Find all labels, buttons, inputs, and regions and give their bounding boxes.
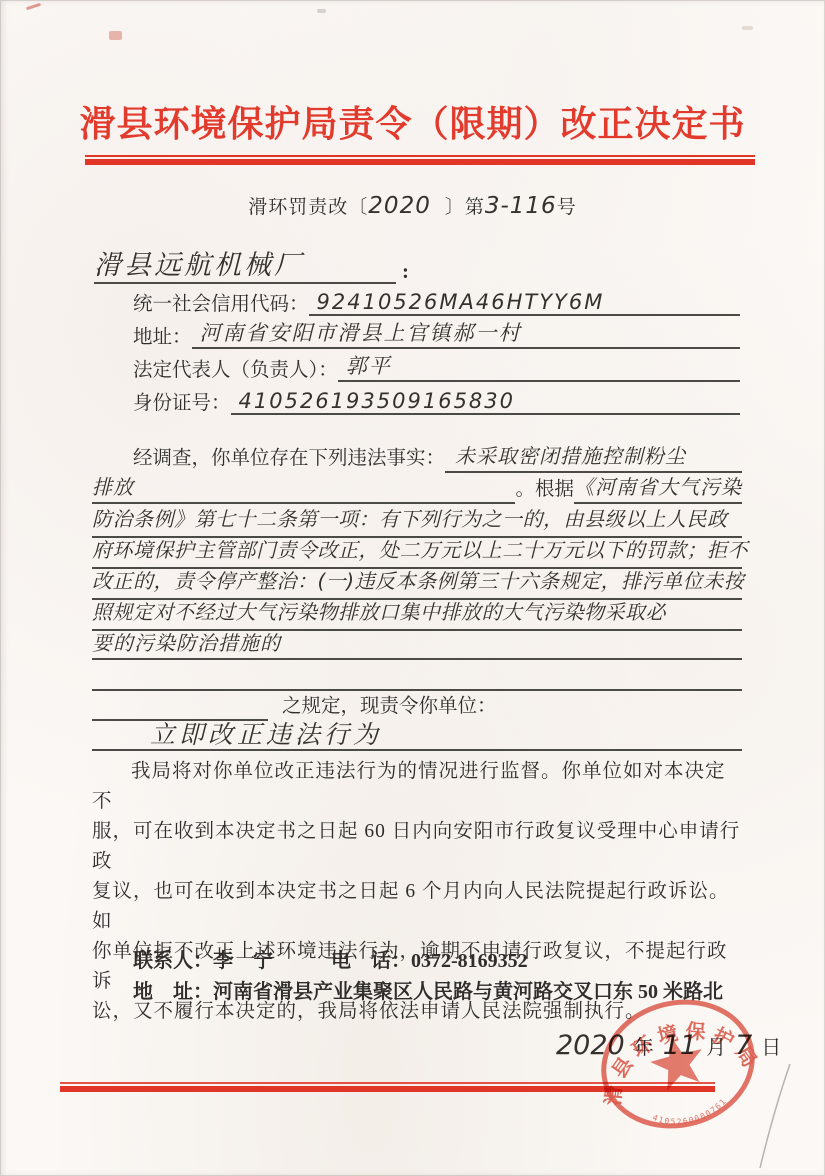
scanned-document-page: 滑县环境保护局责令（限期）改正决定书 滑环罚责改〔2020〕第3-116号 滑县…: [0, 0, 825, 1176]
paragraph-line: 服，可在收到本决定书之日起 60 日内向安阳市行政复议受理中心申请行政: [92, 817, 744, 877]
address-value-handwritten: 河南省安阳市滑县上官镇郝一村: [192, 317, 740, 349]
scan-speck: [109, 31, 122, 40]
order-intro-row: 之规定，现责令你单位：: [92, 690, 742, 721]
field-row-legal-representative: 法定代表人（负责人）： 郭平: [133, 352, 740, 382]
recipient-line: 滑县远航机械厂:: [94, 243, 409, 284]
legal-representative-value-handwritten: 郭平: [338, 350, 740, 382]
violation-intro-row: 经调查，你单位存在下列违法事实： 未采取密闭措施控制粉尘: [92, 442, 742, 473]
docnum-suffix: 号: [557, 197, 577, 218]
paper-crease: [730, 1050, 820, 1176]
contact-phone-label: 电 话：: [331, 950, 411, 972]
docnum-year-handwritten: 2020: [368, 193, 431, 219]
docnum-prefix: 滑环罚责改〔: [248, 197, 368, 218]
scan-speck: [26, 3, 41, 10]
order-content-handwritten: 立即改正违法行为: [92, 720, 742, 751]
blank-underline: [140, 502, 515, 504]
basis-handwritten-line-2: 防治条例》第七十二条第一项：有下列行为之一的，由县级以上人民政: [92, 505, 742, 538]
order-intro-text: 之规定，现责令你单位：: [268, 692, 497, 721]
basis-handwritten-line-3: 府环境保护主管部门责令改正，处二万元以上二十万元以下的罚款；拒不: [92, 536, 742, 569]
basis-last-row: 要的污染防治措施的: [92, 629, 742, 660]
legal-representative-label: 法定代表人（负责人）：: [133, 354, 338, 382]
id-number-value-handwritten: 410526193509165830: [231, 389, 740, 415]
credit-code-value-handwritten: 92410526MA46HTYY6M: [309, 290, 740, 316]
basis-handwritten-line-1: 《河南省大气污染: [574, 473, 742, 504]
recipient-name-handwritten: 滑县远航机械厂: [94, 243, 396, 284]
contact-row: 联系人：李 宁电 话：0372-8169352: [133, 944, 528, 973]
document-number: 滑环罚责改〔2020〕第3-116号: [0, 192, 825, 219]
credit-code-label: 统一社会信用代码：: [133, 288, 309, 316]
paragraph-line: 我局将对你单位改正违法行为的情况进行监督。你单位如对本决定不: [92, 757, 744, 817]
basis-handwritten-line-6: 要的污染防治措施的: [92, 629, 281, 660]
basis-handwritten-line-4: 改正的，责令停产整治：(一)违反本条例第三十六条规定，排污单位未按: [92, 567, 742, 600]
bureau-address-label: 地 址：: [133, 981, 213, 1003]
recipient-colon: :: [402, 259, 409, 283]
violation-intro-text: 经调查，你单位存在下列违法事实：: [92, 444, 445, 473]
field-row-id-number: 身份证号： 410526193509165830: [133, 385, 740, 415]
scan-speck: [317, 9, 326, 13]
field-row-address: 地址： 河南省安阳市滑县上官镇郝一村: [133, 319, 740, 349]
scan-speck: [742, 26, 753, 30]
blank-ruled-line: [92, 660, 742, 691]
address-label: 地址：: [133, 321, 192, 349]
contact-phone: 0372-8169352: [411, 950, 528, 972]
field-row-credit-code: 统一社会信用代码： 92410526MA46HTYY6M: [133, 286, 740, 316]
header-double-rule: [85, 155, 755, 165]
violation-fact-row-2: 排放 。根据 《河南省大气污染: [92, 473, 742, 504]
violation-fact-handwritten-2: 排放: [92, 473, 140, 504]
basis-printed-text: 。根据: [515, 475, 574, 504]
blank-underline: [92, 690, 268, 721]
contact-person: 李 宁: [213, 950, 273, 972]
document-title: 滑县环境保护局责令（限期）改正决定书: [0, 96, 825, 147]
docnum-mid: 〕第: [445, 197, 485, 218]
basis-handwritten-line-5: 照规定对不经过大气污染物排放口集中排放的大气污染物采取必: [92, 598, 742, 631]
contact-person-label: 联系人：: [133, 950, 213, 972]
docnum-serial-handwritten: 3-116: [485, 193, 557, 219]
paragraph-line: 复议，也可在收到本决定书之日起 6 个月内向人民法院提起行政诉讼。如: [92, 877, 744, 937]
violation-fact-handwritten-1: 未采取密闭措施控制粉尘: [445, 442, 742, 473]
id-number-label: 身份证号：: [133, 387, 231, 415]
